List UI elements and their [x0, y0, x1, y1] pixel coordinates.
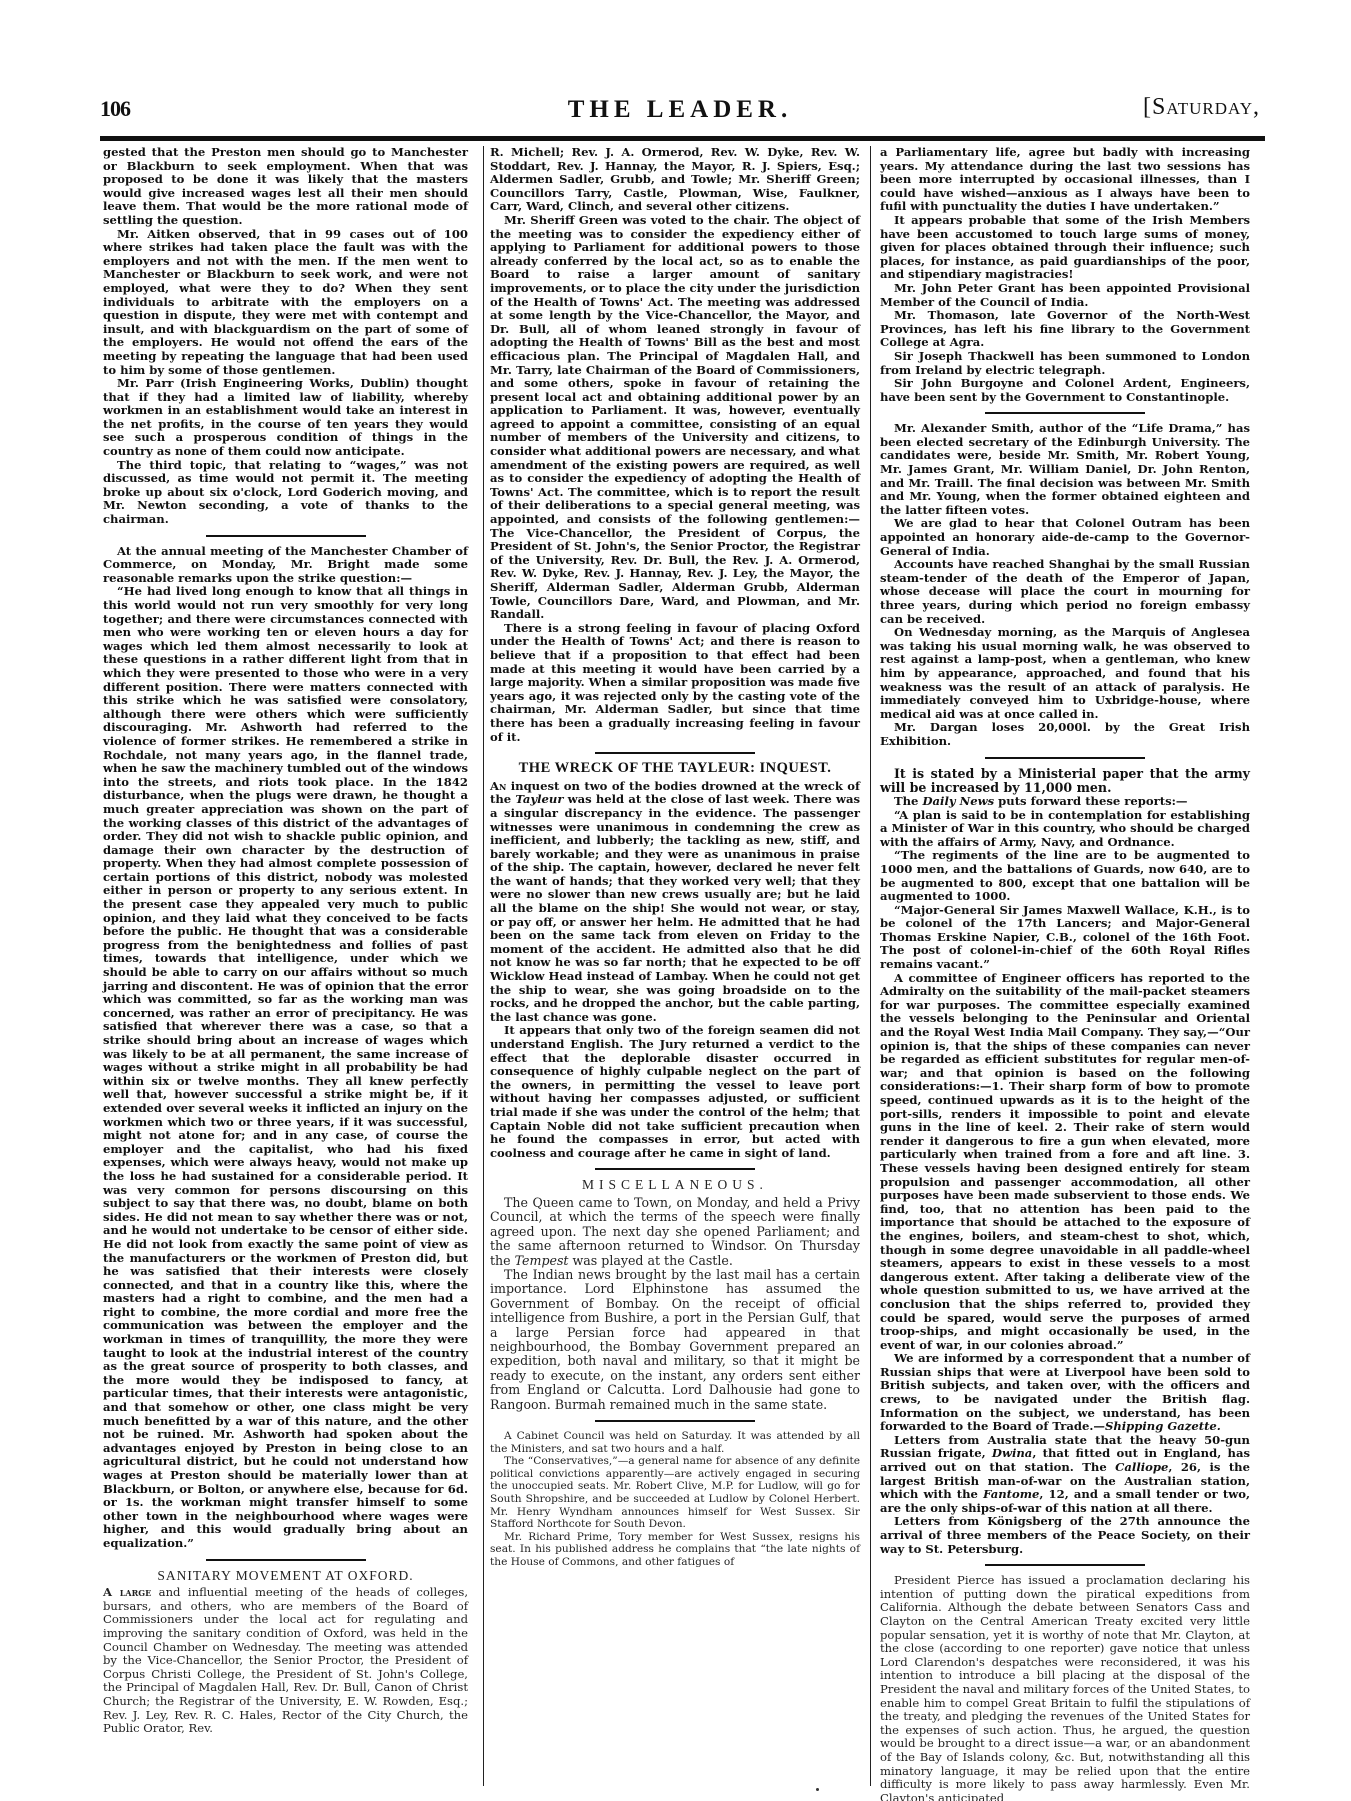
column-3: a Parliamentary life, agree but badly wi…: [880, 146, 1250, 1801]
section-rule: [206, 535, 366, 537]
misc-paragraph: The Indian news brought by the last mail…: [490, 1268, 860, 1412]
column-1: gested that the Preston men should go to…: [103, 146, 468, 1736]
lead-word: A large: [103, 1585, 151, 1599]
section-rule: [985, 757, 1145, 759]
section-heading-tayleur: THE WRECK OF THE TAYLEUR: INQUEST.: [490, 762, 860, 776]
news-item: Mr. Dargan loses 20,000l. by the Great I…: [880, 721, 1250, 748]
news-item: a Parliamentary life, agree but badly wi…: [880, 146, 1250, 214]
article-paragraph: There is a strong feeling in favour of p…: [490, 622, 860, 744]
news-item: Mr. John Peter Grant has been appointed …: [880, 282, 1250, 309]
ship-name: Fantome: [983, 1487, 1039, 1501]
text-run: was played at the Castle.: [569, 1253, 733, 1268]
section-rule: [595, 1168, 755, 1170]
play-name: Tempest: [515, 1253, 569, 1268]
newspaper-title: THE LEADER.: [100, 96, 1260, 124]
section-rule: [985, 1564, 1145, 1566]
issue-day: [Saturday,: [1143, 94, 1260, 121]
ship-name: Calliope: [1115, 1460, 1168, 1474]
article-paragraph: Mr. Aitken observed, that in 99 cases ou…: [103, 228, 468, 378]
tayleur-paragraph: An inquest on two of the bodies drowned …: [490, 780, 860, 1025]
article-paragraph: gested that the Preston men should go to…: [103, 146, 468, 228]
politics-paragraph: The “Conservatives,”—a general name for …: [490, 1455, 860, 1531]
quote-item: “A plan is said to be in contemplation f…: [880, 809, 1250, 850]
column-divider: [870, 146, 871, 1786]
news-item: A committee of Engineer officers has rep…: [880, 972, 1250, 1353]
news-item: On Wednesday morning, as the Marquis of …: [880, 626, 1250, 721]
sanitary-paragraph: A large and influential meeting of the h…: [103, 1586, 468, 1736]
article-paragraph: R. Michell; Rev. J. A. Ormerod, Rev. W. …: [490, 146, 860, 214]
section-heading-miscellaneous: MISCELLANEOUS.: [490, 1178, 860, 1192]
ship-name: Tayleur: [515, 792, 563, 806]
sanitary-text: and influential meeting of the heads of …: [103, 1585, 468, 1735]
news-item: It is stated by a Ministerial paper that…: [880, 767, 1250, 795]
news-item: We are glad to hear that Colonel Outram …: [880, 517, 1250, 558]
quote-item: “Major-General Sir James Maxwell Wallace…: [880, 904, 1250, 972]
news-item: Mr. Alexander Smith, author of the “Life…: [880, 422, 1250, 517]
column-2: R. Michell; Rev. J. A. Ormerod, Rev. W. …: [490, 146, 860, 1569]
ship-name: Dwina: [992, 1446, 1032, 1460]
news-item: We are informed by a correspondent that …: [880, 1352, 1250, 1434]
news-item: Mr. Thomason, late Governor of the North…: [880, 309, 1250, 350]
section-rule: [595, 1420, 755, 1422]
tayleur-paragraph: It appears that only two of the foreign …: [490, 1024, 860, 1160]
column-divider: [483, 146, 484, 1786]
masthead: 106 THE LEADER. [Saturday,: [100, 96, 1260, 136]
newspaper-name: Daily News: [922, 794, 994, 808]
bright-quote: “He had lived long enough to know that a…: [103, 585, 468, 1550]
source-name: Shipping Gazette.: [1105, 1419, 1221, 1433]
section-rule: [595, 752, 755, 754]
news-item: Sir John Burgoyne and Colonel Ardent, En…: [880, 377, 1250, 404]
news-item: It appears probable that some of the Iri…: [880, 214, 1250, 282]
text-run: was held at the close of last week. Ther…: [490, 792, 860, 1024]
print-speck: [816, 1788, 819, 1791]
masthead-rule: [100, 136, 1265, 141]
article-paragraph: The third topic, that relating to “wages…: [103, 459, 468, 527]
politics-paragraph: A Cabinet Council was held on Saturday. …: [490, 1430, 860, 1455]
news-item: President Pierce has issued a proclamati…: [880, 1574, 1250, 1801]
section-rule: [206, 1559, 366, 1561]
quote-item: “The regiments of the line are to be aug…: [880, 849, 1250, 903]
news-item: Accounts have reached Shanghai by the sm…: [880, 558, 1250, 626]
section-rule: [985, 412, 1145, 414]
news-item: Sir Joseph Thackwell has been summoned t…: [880, 350, 1250, 377]
manchester-intro: At the annual meeting of the Manchester …: [103, 545, 468, 586]
news-item: The Daily News puts forward these report…: [880, 795, 1250, 809]
article-paragraph: Mr. Sheriff Green was voted to the chair…: [490, 214, 860, 622]
politics-paragraph: Mr. Richard Prime, Tory member for West …: [490, 1531, 860, 1569]
news-item: Letters from Königsberg of the 27th anno…: [880, 1515, 1250, 1556]
lead-word: An: [490, 779, 506, 793]
text-run: The: [894, 794, 922, 808]
text-run: puts forward these reports:—: [994, 794, 1187, 808]
article-paragraph: Mr. Parr (Irish Engineering Works, Dubli…: [103, 377, 468, 459]
news-item: Letters from Australia state that the he…: [880, 1434, 1250, 1516]
misc-paragraph: The Queen came to Town, on Monday, and h…: [490, 1196, 860, 1268]
section-heading-sanitary: SANITARY MOVEMENT AT OXFORD.: [103, 1569, 468, 1583]
